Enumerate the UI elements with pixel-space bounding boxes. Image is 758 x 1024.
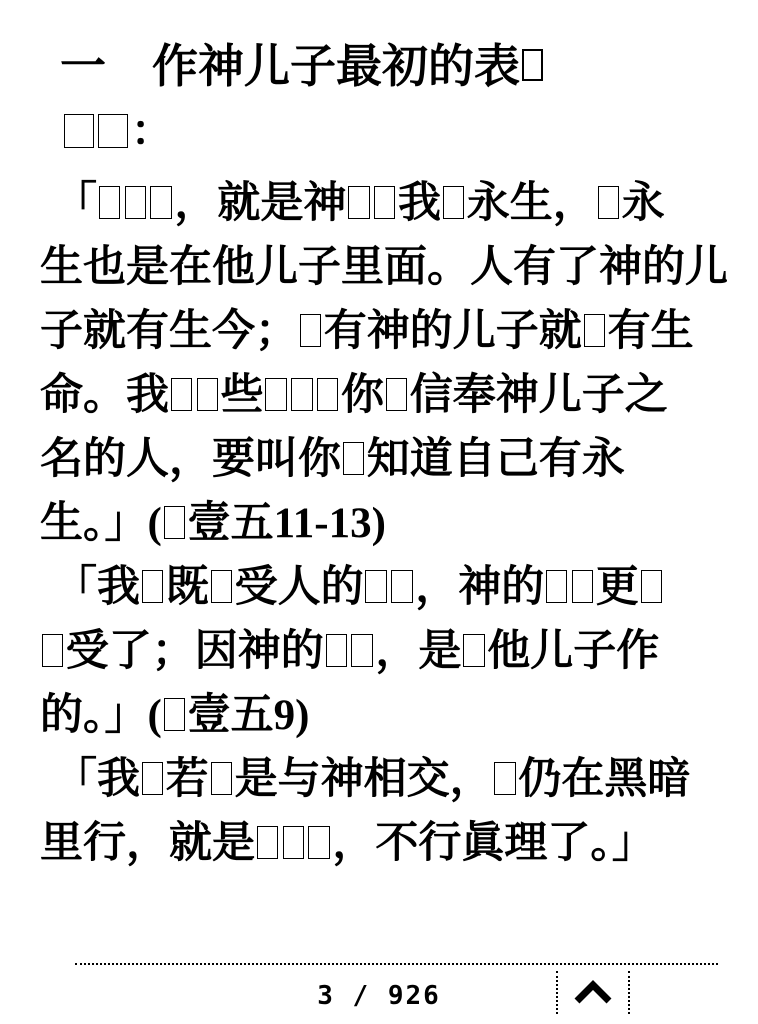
ereader-page: 一 作神儿子最初的表 ： 「，就是神我永生，永生也是在他儿子里面。人有了神的儿子… <box>0 0 758 1024</box>
missing-glyph-box <box>150 186 172 219</box>
missing-glyph-box <box>283 826 305 859</box>
missing-glyph-box <box>463 634 485 667</box>
text-line: 命。我些你信奉神儿子之 <box>40 364 718 428</box>
text-line: 的。」(壹五9) <box>40 684 718 748</box>
section-heading: 一 作神儿子最初的表 <box>40 34 718 100</box>
missing-glyph-box <box>386 378 408 411</box>
missing-glyph-box <box>443 186 465 219</box>
missing-glyph-box <box>374 186 396 219</box>
paragraph: 「我既受人的，神的更受了；因神的，是他儿子作的。」(壹五9) <box>40 556 718 748</box>
text-line: 名的人，要叫你知道自己有永 <box>40 428 718 492</box>
text-line: 子就有生今；有神的儿子就有生 <box>40 300 718 364</box>
text-line: 生。」(壹五11-13) <box>40 492 718 556</box>
text-line: 「我既受人的，神的更 <box>40 556 718 620</box>
missing-glyph-box <box>343 442 365 475</box>
missing-glyph-box <box>351 634 373 667</box>
missing-glyph-box <box>64 114 94 148</box>
missing-glyph-box <box>291 378 313 411</box>
missing-glyph-box <box>142 762 164 795</box>
missing-glyph-box <box>211 762 233 795</box>
missing-glyph-box <box>641 570 663 603</box>
paragraph: 「我若是与神相交，仍在黑暗里行，就是，不行眞理了。」 <box>40 748 718 876</box>
missing-glyph-box <box>572 570 594 603</box>
missing-glyph-box <box>308 826 330 859</box>
missing-glyph-box <box>99 186 121 219</box>
missing-glyph-box <box>98 114 128 148</box>
missing-glyph-box <box>584 314 606 347</box>
missing-glyph-box <box>257 826 279 859</box>
missing-glyph-box <box>317 378 339 411</box>
chevron-up-icon <box>572 980 614 1006</box>
missing-glyph-box <box>164 698 186 731</box>
reading-area: 一 作神儿子最初的表 ： 「，就是神我永生，永生也是在他儿子里面。人有了神的儿子… <box>0 0 758 876</box>
missing-glyph-box <box>365 570 387 603</box>
footer-divider <box>75 963 718 965</box>
text-line: 里行，就是，不行眞理了。」 <box>40 812 718 876</box>
text-line: 生也是在他儿子里面。人有了神的儿 <box>40 236 718 300</box>
missing-glyph-box <box>265 378 287 411</box>
missing-glyph-box <box>142 570 164 603</box>
missing-glyph-box <box>42 634 64 667</box>
paragraph: 「，就是神我永生，永生也是在他儿子里面。人有了神的儿子就有生今；有神的儿子就有生… <box>40 172 718 556</box>
missing-glyph-box <box>171 378 193 411</box>
missing-glyph-box <box>522 49 543 81</box>
scripture-label: ： <box>40 100 718 164</box>
missing-glyph-box <box>546 570 568 603</box>
missing-glyph-box <box>391 570 413 603</box>
missing-glyph-box <box>494 762 516 795</box>
page-indicator: 3 / 926 <box>0 981 758 1011</box>
missing-glyph-box <box>348 186 370 219</box>
missing-glyph-box <box>300 314 322 347</box>
missing-glyph-box <box>125 186 147 219</box>
missing-glyph-box <box>197 378 219 411</box>
text-line: 受了；因神的，是他儿子作 <box>40 620 718 684</box>
missing-glyph-box <box>326 634 348 667</box>
missing-glyph-box <box>211 570 233 603</box>
text-line: 「我若是与神相交，仍在黑暗 <box>40 748 718 812</box>
body-text: 「，就是神我永生，永生也是在他儿子里面。人有了神的儿子就有生今；有神的儿子就有生… <box>40 172 718 876</box>
scroll-top-button[interactable] <box>556 971 630 1014</box>
missing-glyph-box <box>598 186 620 219</box>
text-line: 「，就是神我永生，永 <box>40 172 718 236</box>
missing-glyph-box <box>164 506 186 539</box>
